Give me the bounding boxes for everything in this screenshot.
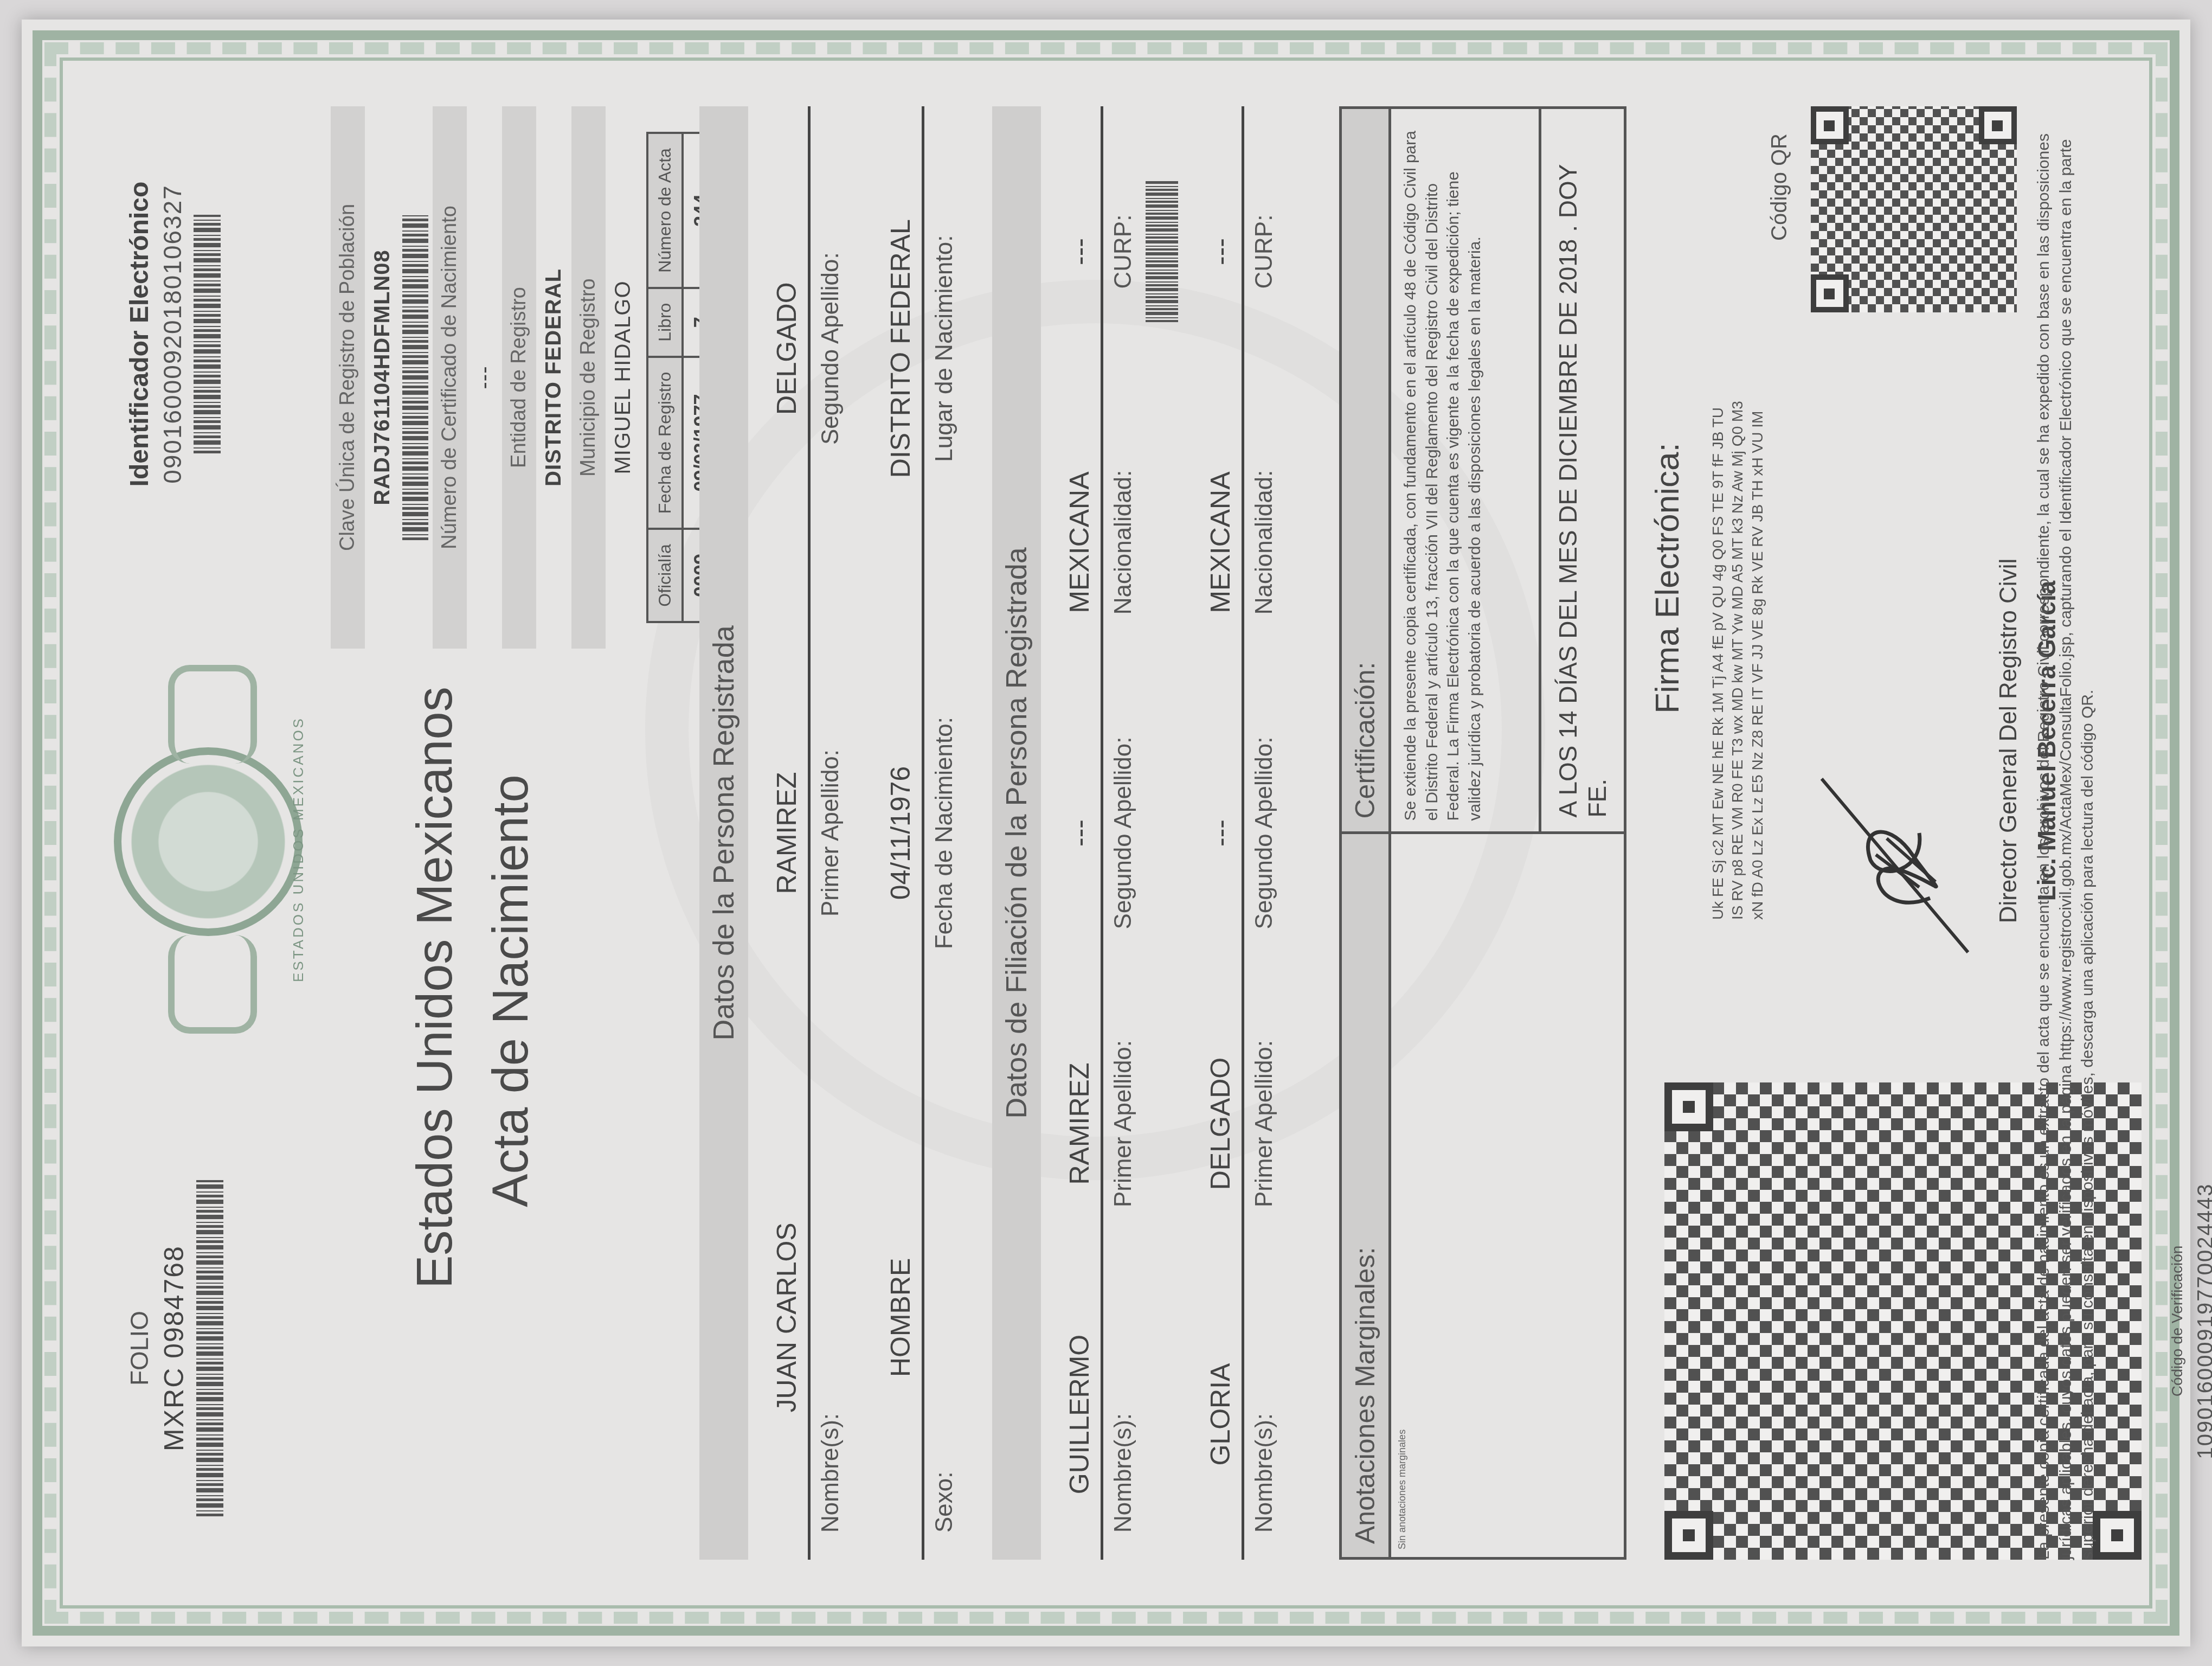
second-surname-value: DELGADO	[764, 106, 811, 591]
given-names-label: Nombre(s):	[817, 1075, 844, 1560]
father-first-surname-label: Primer Apellido:	[1110, 978, 1137, 1269]
birth-place-value: DISTRITO FEDERAL	[878, 106, 924, 591]
qr-finder-icon	[1664, 1511, 1713, 1560]
curp-barcode-icon	[402, 215, 428, 540]
marginal-annotations-body: Sin anotaciones marginales	[1391, 835, 1413, 1558]
mother-given-names-value: GLORIA	[1198, 1269, 1244, 1560]
certification-body: Se extiende la presente copia certificad…	[1391, 109, 1494, 832]
birth-date-label: Fecha de Nacimiento:	[931, 591, 958, 1075]
first-surname-label: Primer Apellido:	[817, 591, 844, 1075]
electronic-identifier-value: 09016000920180106327	[158, 128, 187, 540]
director-title: Director General Del Registro Civil	[1995, 443, 2022, 1039]
father-first-surname-field: RAMIREZ Primer Apellido:	[1057, 978, 1178, 1269]
mother-nationality-value: MEXICANA	[1198, 397, 1244, 688]
table-header: Número de Acta	[647, 133, 683, 287]
seal-text: ESTADOS UNIDOS MEXICANOS	[290, 681, 307, 1017]
country-title: Estados Unidos Mexicanos	[407, 687, 464, 1289]
mother-first-surname-field: DELGADO Primer Apellido:	[1198, 978, 1278, 1269]
coat-of-arms-icon	[114, 747, 303, 936]
electronic-signature-code: Uk FE Sj c2 MT Ew NE hE Rk 1M Tj A4 fE p…	[1708, 334, 1767, 920]
father-second-surname-field: --- Segundo Apellido:	[1057, 688, 1178, 978]
qr-finder-icon	[1811, 274, 1849, 312]
mother-given-names-field: GLORIA Nombre(s):	[1198, 1269, 1278, 1560]
mother-second-surname-value: ---	[1198, 688, 1244, 978]
electronic-identifier: Identificador Electrónico 09016000920180…	[125, 128, 221, 540]
registry-info: Clave Única de Registro de Población RAD…	[331, 106, 722, 649]
father-nationality-value: MEXICANA	[1057, 397, 1103, 688]
father-second-surname-label: Segundo Apellido:	[1110, 688, 1137, 978]
father-curp-label: CURP:	[1110, 106, 1137, 397]
registry-municipality-value: MIGUEL HIDALGO	[606, 106, 641, 649]
qr-code-label: Código QR	[1767, 133, 1792, 241]
registry-entity-value: DISTRITO FEDERAL	[536, 106, 571, 649]
document-title: Acta de Nacimiento	[483, 774, 539, 1207]
certification-title: Certificación:	[1342, 109, 1391, 832]
qr-finder-icon	[1811, 106, 1849, 144]
mother-nationality-label: Nacionalidad:	[1251, 397, 1278, 688]
legal-disclaimer: La presente copia certificada del acta d…	[2033, 106, 2099, 1560]
greek-fret-left-icon	[168, 935, 257, 1034]
sex-value: HOMBRE	[878, 1075, 924, 1560]
mother-first-surname-label: Primer Apellido:	[1251, 978, 1278, 1269]
father-given-names-label: Nombre(s):	[1110, 1269, 1137, 1560]
folio-value: MXRC 0984768	[158, 1158, 190, 1538]
signature-code-line: Uk FE Sj c2 MT Ew NE hE Rk 1M Tj A4 fE p…	[1708, 334, 1728, 920]
given-names-field: JUAN CARLOS Nombre(s):	[764, 1075, 844, 1560]
birth-certificate-sheet: FOLIO MXRC 0984768 ESTADOS UNIDOS MEXICA…	[22, 20, 2190, 1646]
sex-field: HOMBRE Sexo:	[878, 1075, 958, 1560]
registered-person-section-title: Datos de la Persona Registrada	[699, 106, 748, 1560]
father-given-names-value: GUILLERMO	[1057, 1269, 1103, 1560]
mother-names-row: GLORIA Nombre(s): DELGADO Primer Apellid…	[1198, 106, 1278, 1560]
folio-label: FOLIO	[125, 1158, 154, 1538]
father-given-names-field: GUILLERMO Nombre(s):	[1057, 1269, 1178, 1560]
mother-nationality-field: MEXICANA Nacionalidad:	[1198, 397, 1278, 688]
electronic-signature: Firma Electrónica: Uk FE Sj c2 MT Ew NE …	[1648, 9, 1767, 1039]
mother-curp-label: CURP:	[1251, 106, 1278, 397]
birth-date-field: 04/11/1976 Fecha de Nacimiento:	[878, 591, 958, 1075]
annotations-certification-box: Anotaciones Marginales: Sin anotaciones …	[1339, 106, 1626, 1560]
birth-date-value: 04/11/1976	[878, 591, 924, 1075]
verification-code-value: 109016000919770024443	[2194, 1082, 2212, 1560]
folio-block: FOLIO MXRC 0984768	[125, 1158, 223, 1538]
verification-code-label: Código de Verificación	[2169, 1082, 2186, 1560]
table-header: Oficialía	[647, 529, 683, 622]
registered-person-birth-row: HOMBRE Sexo: 04/11/1976 Fecha de Nacimie…	[878, 106, 958, 1560]
birth-certificate-number-value: ---	[467, 106, 502, 649]
national-seal: ESTADOS UNIDOS MEXICANOS	[103, 681, 352, 1017]
electronic-identifier-label: Identificador Electrónico	[125, 128, 155, 540]
father-curp-barcode-icon	[1146, 181, 1178, 322]
father-nationality-label: Nacionalidad:	[1110, 397, 1137, 688]
filiation-section-title: Datos de Filiación de la Persona Registr…	[992, 106, 1041, 1560]
mother-second-surname-label: Segundo Apellido:	[1251, 688, 1278, 978]
qr-finder-icon	[2093, 1511, 2142, 1560]
second-surname-label: Segundo Apellido:	[817, 106, 844, 591]
father-nationality-field: MEXICANA Nacionalidad:	[1057, 397, 1178, 688]
registry-municipality-label: Municipio de Registro	[571, 106, 606, 649]
mother-first-surname-value: DELGADO	[1198, 978, 1244, 1269]
mother-curp-field: --- CURP:	[1198, 106, 1278, 397]
first-surname-value: RAMIREZ	[764, 591, 811, 1075]
first-surname-field: RAMIREZ Primer Apellido:	[764, 591, 844, 1075]
curp-value: RADJ761104HDFMLN08	[365, 106, 400, 649]
second-surname-field: DELGADO Segundo Apellido:	[764, 106, 844, 591]
birth-place-field: DISTRITO FEDERAL Lugar de Nacimiento:	[878, 106, 958, 591]
table-header: Fecha de Registro	[647, 357, 683, 529]
father-curp-value: ---	[1057, 106, 1103, 397]
marginal-annotations: Anotaciones Marginales: Sin anotaciones …	[1342, 835, 1624, 1558]
certification: Certificación: Se extiende la presente c…	[1342, 109, 1624, 835]
table-header: Libro	[647, 288, 683, 357]
sex-label: Sexo:	[931, 1075, 958, 1560]
birth-certificate-number-label: Número de Certificado de Nacimiento	[433, 106, 467, 649]
marginal-annotations-title: Anotaciones Marginales:	[1342, 835, 1391, 1558]
registered-person-names-row: JUAN CARLOS Nombre(s): RAMIREZ Primer Ap…	[764, 106, 844, 1560]
certification-date: A LOS 14 DÍAS DEL MES DE DICIEMBRE DE 20…	[1539, 109, 1624, 832]
qr-finder-icon	[1979, 106, 2017, 144]
curp-label: Clave Única de Registro de Población	[331, 106, 365, 649]
birth-place-label: Lugar de Nacimiento:	[931, 106, 958, 591]
verification-code: Código de Verificación 10901600091977002…	[2169, 1082, 2212, 1560]
father-names-row: GUILLERMO Nombre(s): RAMIREZ Primer Apel…	[1057, 106, 1178, 1560]
mother-second-surname-field: --- Segundo Apellido:	[1198, 688, 1278, 978]
father-first-surname-value: RAMIREZ	[1057, 978, 1103, 1269]
signature-code-line: IS RV p8 RE VM R0 FE T3 wx MD kw MT Yw M…	[1728, 334, 1747, 920]
electronic-signature-title: Firma Electrónica:	[1648, 9, 1687, 1148]
father-second-surname-value: ---	[1057, 688, 1103, 978]
handwritten-signature-icon	[1811, 768, 1973, 963]
given-names-value: JUAN CARLOS	[764, 1075, 811, 1560]
folio-barcode-icon	[196, 1180, 223, 1516]
signature-code-line: xN fD A0 Lz Ex Lz E5 Nz Z8 RE IT VF JJ V…	[1748, 334, 1767, 920]
identifier-barcode-icon	[194, 215, 221, 453]
greek-fret-right-icon	[168, 665, 257, 764]
registry-entity-label: Entidad de Registro	[502, 106, 536, 649]
mother-curp-value: ---	[1198, 106, 1244, 397]
father-curp-field: --- CURP:	[1057, 106, 1178, 397]
mother-given-names-label: Nombre(s):	[1251, 1269, 1278, 1560]
small-qr-code-icon[interactable]	[1811, 106, 2017, 312]
